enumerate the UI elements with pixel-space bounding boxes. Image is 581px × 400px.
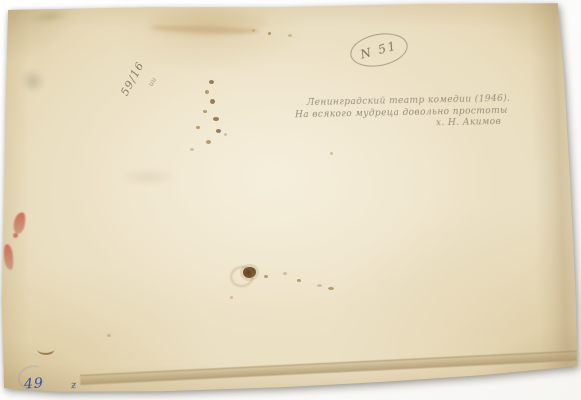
red-paint-smudge bbox=[2, 244, 15, 271]
pencil-inscription: Ленинградский театр комедии (1946). На в… bbox=[293, 94, 516, 133]
foxing-speck bbox=[230, 296, 233, 299]
foxing-speck bbox=[330, 152, 333, 155]
foxing-speck bbox=[216, 129, 221, 133]
foxing-speck bbox=[288, 34, 292, 37]
paper-edge-shading bbox=[0, 0, 581, 400]
paper-sheet: N 51 59/16 ии Ленинградский театр комеди… bbox=[0, 0, 581, 400]
inventory-subnote: ии bbox=[147, 76, 158, 88]
foxing-speck bbox=[224, 133, 227, 136]
foxing-speck bbox=[190, 148, 194, 151]
foxing-speck bbox=[213, 117, 219, 121]
foxing-speck bbox=[264, 275, 268, 278]
foxing-speck bbox=[107, 334, 111, 337]
pencil-smudge bbox=[20, 68, 46, 94]
foxing-speck bbox=[209, 80, 214, 84]
blue-ink-marks: 49 ƶ bbox=[24, 373, 94, 392]
green-paint-smudge bbox=[29, 7, 70, 25]
water-stain-top bbox=[146, 7, 270, 37]
paper-curled-bottom-edge bbox=[80, 350, 581, 385]
red-paint-dot bbox=[13, 233, 18, 238]
foxing-speck bbox=[203, 110, 207, 113]
foxing-speck bbox=[328, 287, 334, 290]
curved-brown-mark bbox=[36, 343, 54, 356]
photo-background: N 51 59/16 ии Ленинградский театр комеди… bbox=[0, 0, 581, 400]
water-stain-rim bbox=[150, 24, 260, 35]
red-paint-smudge bbox=[12, 211, 27, 235]
foxing-speck bbox=[283, 272, 287, 275]
foxing-speck bbox=[317, 284, 322, 287]
dark-brown-spot bbox=[243, 267, 256, 278]
blue-ink-z-mark: ƶ bbox=[70, 380, 76, 391]
stamp-number: N 51 bbox=[359, 38, 399, 61]
oval-pencil-stamp: N 51 bbox=[347, 29, 410, 71]
foxing-speck bbox=[268, 32, 271, 35]
foxing-speck bbox=[297, 279, 301, 282]
paper-shadow: N 51 59/16 ии Ленинградский театр комеди… bbox=[0, 0, 581, 400]
foxing-speck bbox=[206, 140, 211, 144]
faint-smudge bbox=[118, 168, 178, 186]
foxing-speck bbox=[252, 29, 255, 32]
inventory-number-note: 59/16 bbox=[118, 39, 158, 98]
foxing-speck bbox=[196, 126, 200, 129]
foxing-speck bbox=[205, 90, 209, 94]
stain-ring bbox=[228, 264, 255, 289]
foxing-speck bbox=[210, 99, 215, 104]
blue-ink-number: 49 bbox=[24, 375, 45, 392]
